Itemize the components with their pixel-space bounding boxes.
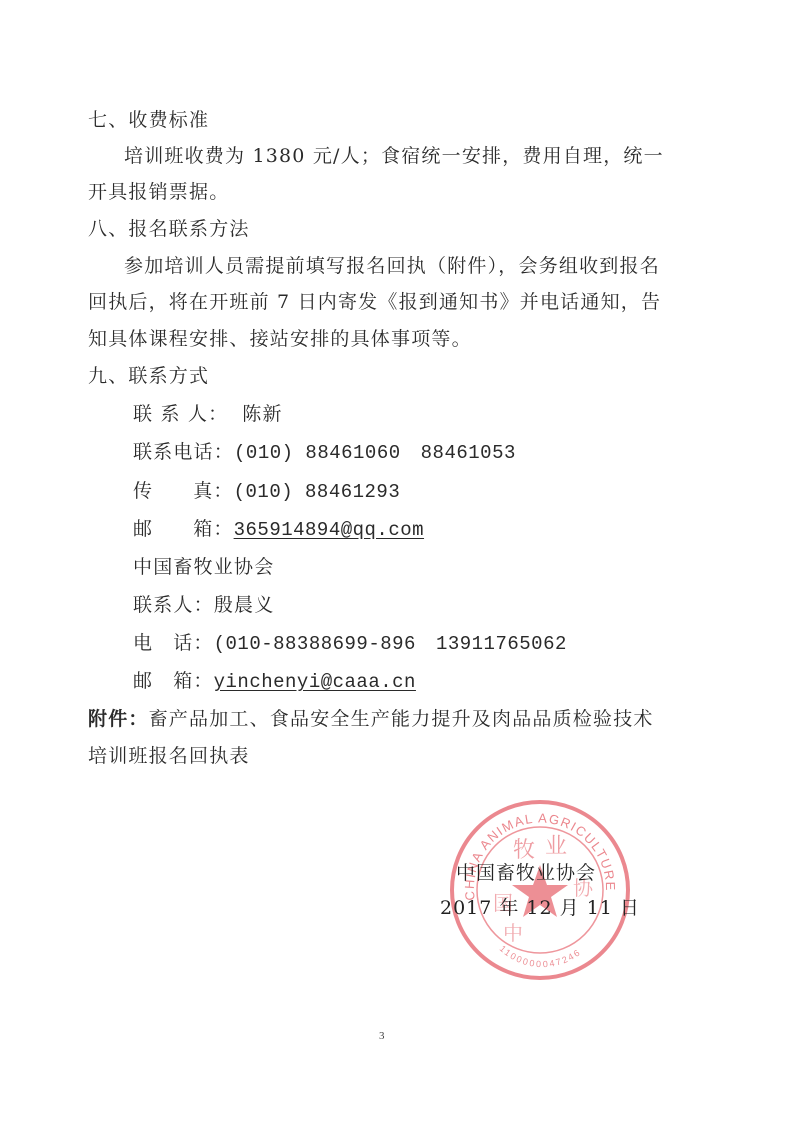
contact2-email-label-a: 邮 (133, 670, 153, 692)
contact2-email-row: 邮箱：yinchenyi@caaa.cn (133, 669, 416, 694)
contact2-phone-value: (010-88388699-896 (214, 633, 416, 655)
contact2-phone-row: 电话：(010-88388699-89613911765062 (133, 631, 567, 656)
contact1-person-label: 联 系 人： (133, 403, 228, 425)
registration-paragraph-line-2: 回执后，将在开班前 7 日内寄发《报到通知书》并电话通知，告 (88, 290, 661, 314)
contact1-phone-row: 联系电话：(010) 8846106088461053 (133, 440, 516, 465)
svg-text:中: 中 (503, 921, 523, 945)
contact1-fax-row: 传真：(010) 88461293 (133, 479, 400, 504)
fee-paragraph-line-2: 开具报销票据。 (88, 180, 229, 204)
svg-text:1100000047246: 1100000047246 (498, 943, 583, 969)
contact1-person-value: 陈新 (242, 403, 282, 425)
contact2-person-value: 殷晨义 (214, 594, 275, 616)
contact1-email-label-a: 邮 (133, 518, 153, 540)
contact2-email-label-b: 箱： (173, 670, 213, 692)
contact1-email-label-b: 箱： (193, 518, 233, 540)
section-heading-fee: 七、收费标准 (88, 108, 209, 132)
contact1-phone2-value: 88461053 (421, 442, 516, 464)
official-seal-icon: CHINA ANIMAL AGRICULTURE ASSOCIATION 110… (445, 795, 635, 985)
contact2-email-link[interactable]: yinchenyi@caaa.cn (214, 671, 416, 693)
contact2-mobile-value: 13911765062 (436, 633, 567, 655)
attachment-label: 附件： (88, 708, 149, 730)
attachment-line-1: 附件：畜产品加工、食品安全生产能力提升及肉品品质检验技术 (88, 707, 654, 731)
contact1-phone-label: 联系电话： (133, 441, 234, 463)
contact1-person-row: 联 系 人：陈新 (133, 402, 283, 426)
fee-paragraph-line-1: 培训班收费为 1380 元/人；食宿统一安排，费用自理，统一 (124, 144, 664, 168)
contact1-email-link[interactable]: 365914894@qq.com (234, 519, 424, 541)
registration-paragraph-line-1: 参加培训人员需提前填写报名回执（附件），会务组收到报名 (124, 254, 660, 278)
signature-date: 2017 年 12 月 11 日 (440, 893, 640, 920)
contact2-person-label: 联系人： (133, 594, 214, 616)
contact-org-name: 中国畜牧业协会 (133, 555, 274, 579)
signature-org: 中国畜牧业协会 (456, 858, 596, 885)
section-heading-contact: 九、联系方式 (88, 364, 209, 388)
page-number: 3 (379, 1030, 385, 1042)
contact1-fax-value: (010) 88461293 (234, 481, 401, 503)
contact2-person-row: 联系人：殷晨义 (133, 593, 274, 617)
section-heading-registration: 八、报名联系方法 (88, 217, 250, 241)
attachment-title: 畜产品加工、食品安全生产能力提升及肉品品质检验技术 (149, 708, 654, 730)
contact1-fax-label-a: 传 (133, 480, 153, 502)
svg-text:业: 业 (545, 834, 567, 859)
contact2-phone-label-a: 电 (133, 632, 153, 654)
contact1-phone-value: (010) 88461060 (234, 442, 401, 464)
contact1-email-row: 邮箱：365914894@qq.com (133, 517, 424, 542)
contact1-fax-label-b: 真： (193, 480, 233, 502)
contact2-phone-label-b: 话： (173, 632, 213, 654)
registration-paragraph-line-3: 知具体课程安排、接站安排的具体事项等。 (88, 327, 472, 351)
attachment-line-2: 培训班报名回执表 (88, 744, 250, 768)
